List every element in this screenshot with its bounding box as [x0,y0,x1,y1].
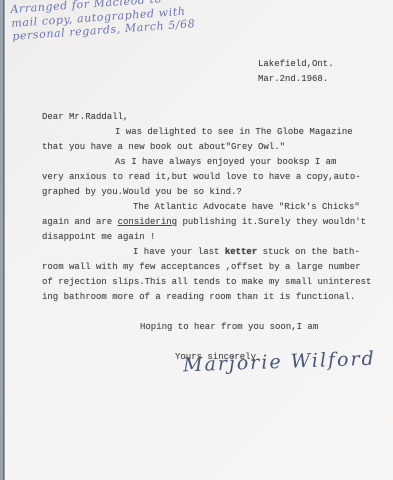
letter-line: again and are considering publishing it.… [42,215,382,230]
letter-line: very anxious to read it,but would love t… [42,170,382,185]
letter-line: room wall with my few acceptances ,offse… [42,260,382,275]
letter-line: I was delighted to see in The Globe Maga… [42,125,382,140]
letter-line: ing bathroom more of a reading room than… [42,290,382,305]
letter-page: Arranged for Macleod tomail copy, autogr… [0,0,393,480]
letter-line [42,335,382,350]
letter-place: Lakefield,Ont. [258,57,334,72]
letter-line: Dear Mr.Raddall, [42,110,382,125]
handwritten-note: Arranged for Macleod tomail copy, autogr… [10,0,196,43]
letter-line [42,305,382,320]
scan-edge [0,0,5,480]
letter-line: that you have a new book out about"Grey … [42,140,382,155]
letter-line: disappoint me again ! [42,230,382,245]
letter-line: graphed by you.Would you be so kind.? [42,185,382,200]
letter-line: As I have always enjoyed your booksp I a… [42,155,382,170]
letter-line: of rejection slips.This all tends to mak… [42,275,382,290]
letter-line: I have your last ketter stuck on the bat… [42,245,382,260]
letter-heading: Lakefield,Ont. Mar.2nd.1968. [258,57,334,87]
letter-body: Dear Mr.Raddall,I was delighted to see i… [42,110,382,365]
letter-line: The Atlantic Advocate have "Rick's Chick… [42,200,382,215]
letter-date: Mar.2nd.1968. [258,72,334,87]
letter-line: Hoping to hear from you soon,I am [42,320,382,335]
